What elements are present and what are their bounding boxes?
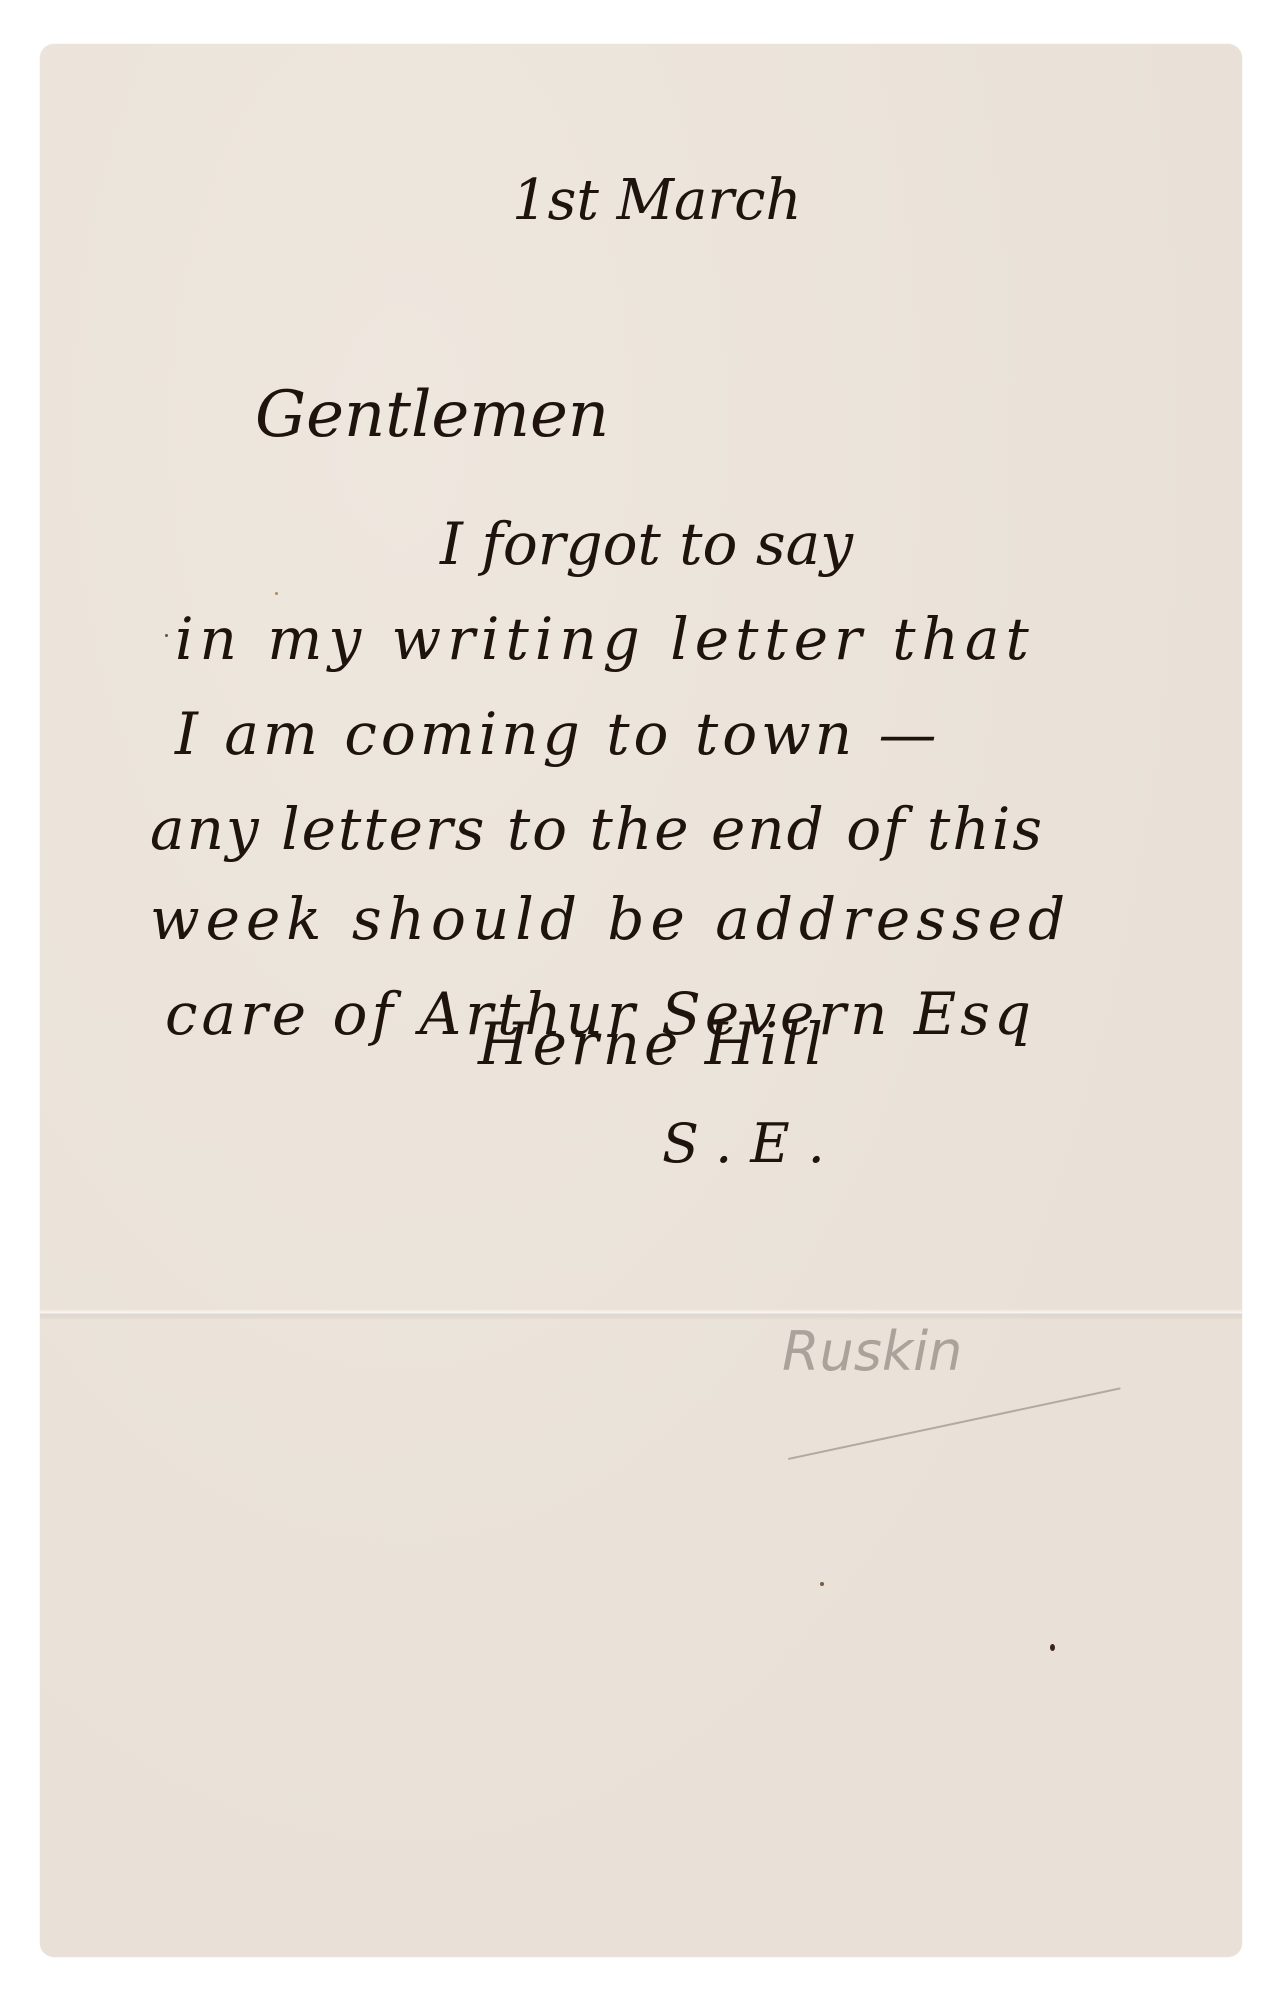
body-line-4: any letters to the end of this [150,795,1044,863]
address-line: Herne Hill [478,1010,827,1078]
foxing-spot [275,592,278,595]
body-line-1: I forgot to say [440,510,853,578]
postal-district: S.E. [662,1112,843,1175]
fold-crease [40,1312,1242,1315]
body-line-5: week should be addressed [150,885,1071,953]
body-line-3: I am coming to town — [175,700,941,768]
salutation: Gentlemen [255,378,609,452]
body-line-2: in my writing letter that [175,605,1035,673]
foxing-spot [820,1582,824,1586]
date-line: 1st March [512,168,802,233]
foxing-spot [1050,1644,1055,1651]
pencil-annotation: Ruskin [782,1320,962,1383]
foxing-spot [165,634,168,637]
